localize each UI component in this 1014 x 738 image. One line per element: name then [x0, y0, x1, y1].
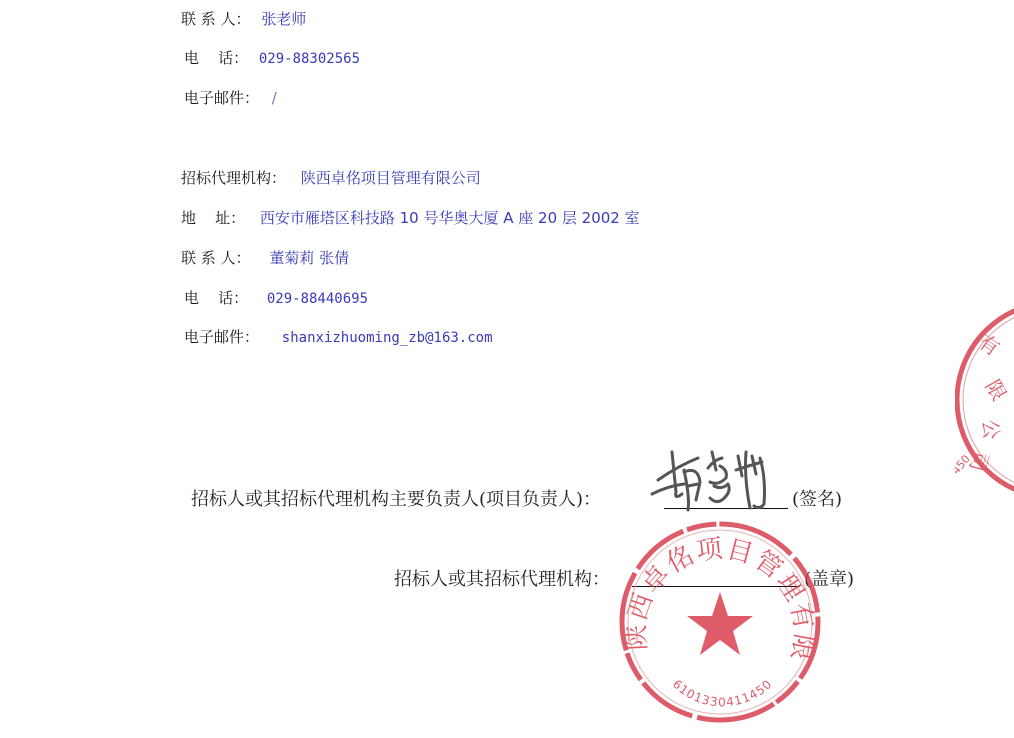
agency-contact-label: 联 系 人： — [181, 249, 251, 267]
contact-person-label: 联 系 人： — [181, 10, 251, 28]
agency-email-label: 电子邮件： — [184, 328, 259, 346]
tenderer-phone-row: 电 话： 029-88302565 — [184, 48, 360, 69]
svg-text:6101330411450: 6101330411450 — [670, 677, 775, 710]
svg-text:陕西卓佲项目管理有限公司: 陕西卓佲项目管理有限公司 — [617, 520, 819, 665]
address-value: 西安市雁塔区科技路 10 号华奥大厦 A 座 20 层 2002 室 — [260, 209, 640, 227]
contact-person-value: 张老师 — [261, 10, 306, 28]
svg-text:限: 限 — [981, 376, 1012, 405]
agency-phone-label: 电 话： — [184, 289, 248, 307]
agency-name-row: 招标代理机构： 陕西卓佲项目管理有限公司 — [181, 168, 481, 188]
org-label: 招标人或其招标代理机构： — [394, 565, 610, 591]
signature-suffix: (签名) — [792, 485, 842, 511]
tenderer-email-row: 电子邮件： / — [184, 88, 277, 108]
agency-email-row: 电子邮件： shanxizhuoming_zb@163.com — [184, 327, 493, 348]
address-label: 地 址： — [181, 209, 245, 227]
responsible-label: 招标人或其招标代理机构主要负责人(项目负责人)： — [191, 489, 601, 510]
responsible-signature-row: 招标人或其招标代理机构主要负责人(项目负责人)： — [191, 485, 601, 511]
agency-contact-value: 董菊莉 张倩 — [269, 249, 349, 267]
handwritten-signature-icon — [648, 448, 778, 516]
partial-stamp-icon: 有 限 公 司 450 — [955, 300, 1014, 500]
svg-text:有: 有 — [974, 329, 1004, 360]
agency-email-value: shanxizhuoming_zb@163.com — [282, 330, 493, 346]
agency-name-label: 招标代理机构： — [181, 169, 286, 187]
tenderer-contact-person-row: 联 系 人： 张老师 — [181, 9, 306, 29]
agency-address-row: 地 址： 西安市雁塔区科技路 10 号华奥大厦 A 座 20 层 2002 室 — [181, 208, 640, 228]
agency-contact-row: 联 系 人： 董菊莉 张倩 — [181, 248, 349, 268]
phone-value: 029-88302565 — [259, 51, 360, 67]
phone-label: 电 话： — [184, 49, 248, 67]
email-label: 电子邮件： — [184, 89, 259, 107]
email-value: / — [272, 89, 277, 107]
svg-text:公: 公 — [978, 418, 1004, 440]
agency-phone-row: 电 话： 029-88440695 — [184, 288, 368, 309]
agency-phone-value: 029-88440695 — [267, 291, 368, 307]
company-seal-icon: 陕西卓佲项目管理有限公司 6101330411450 — [617, 520, 823, 724]
agency-name-value: 陕西卓佲项目管理有限公司 — [301, 169, 481, 187]
